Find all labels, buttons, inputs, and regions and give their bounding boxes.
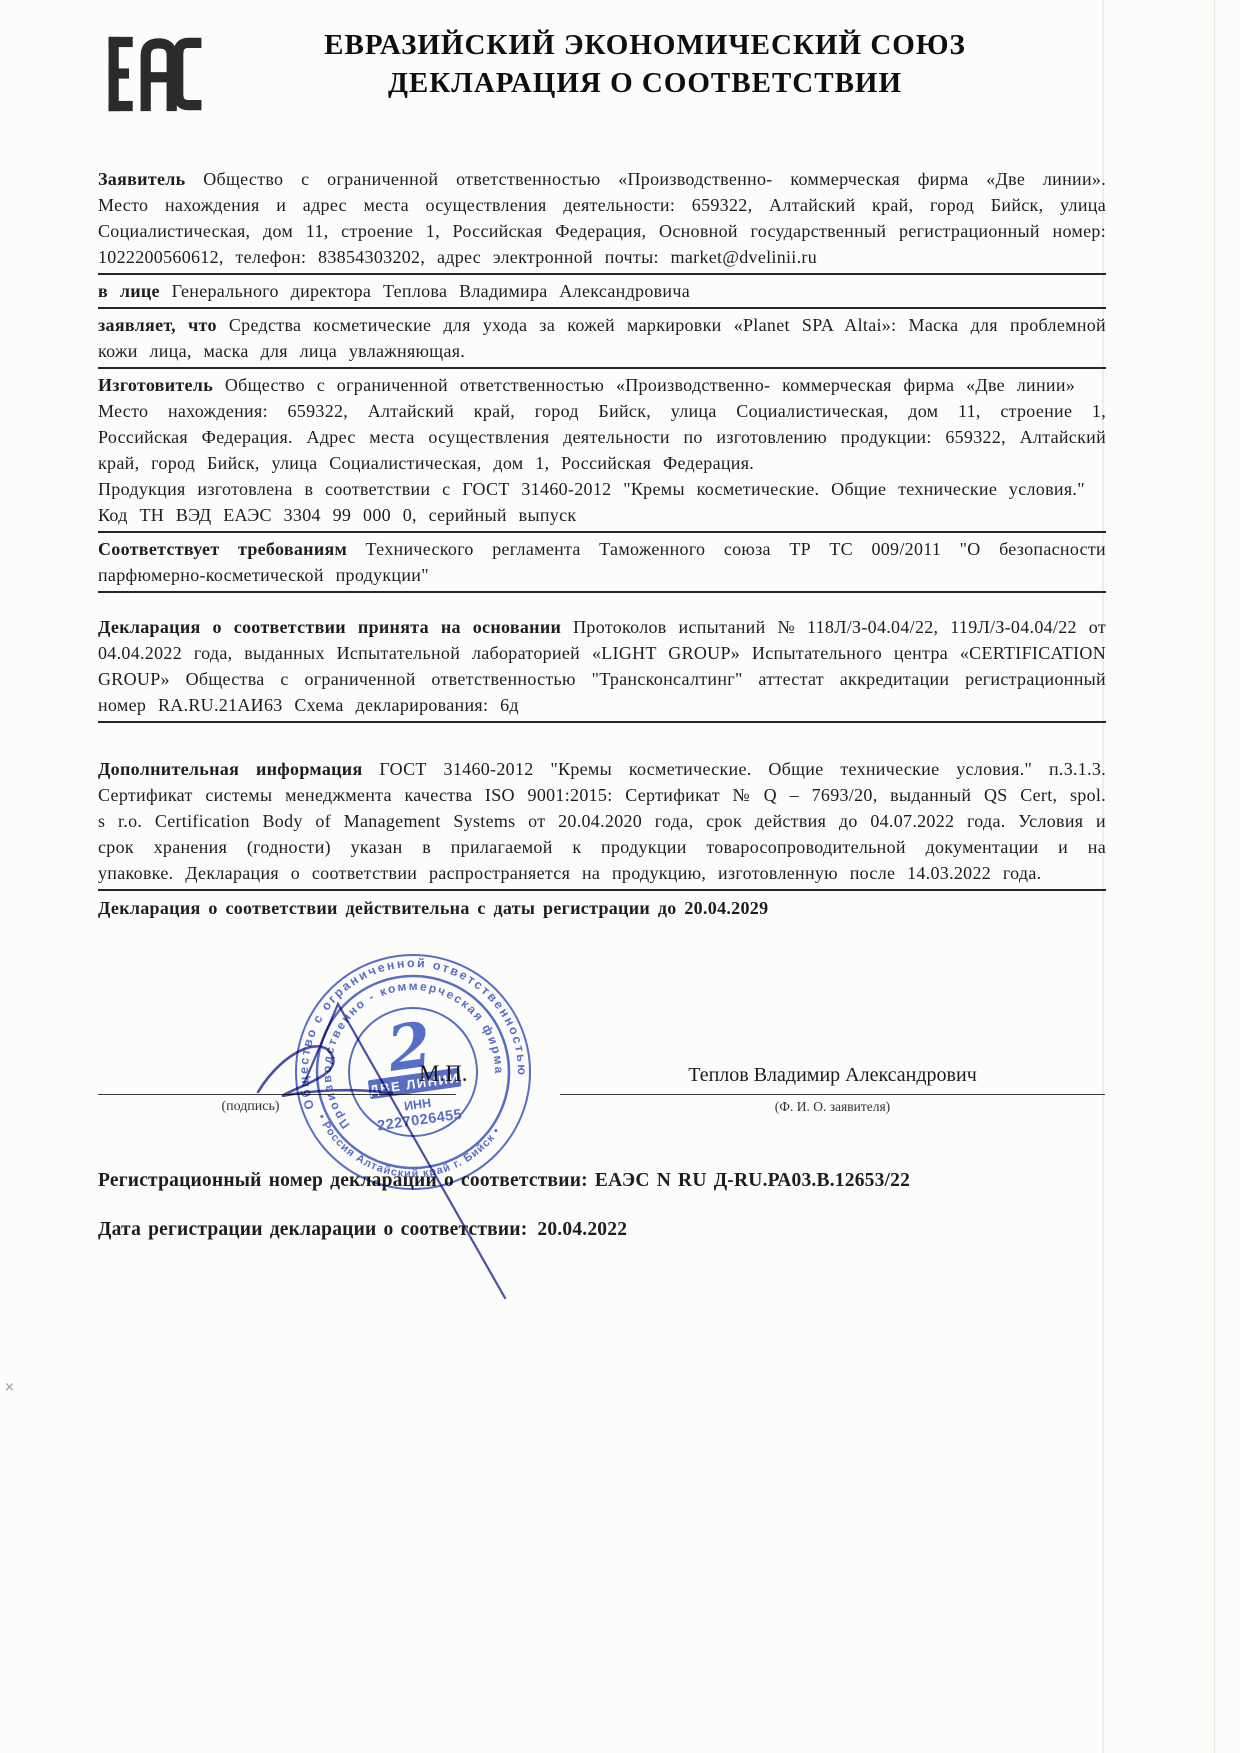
spacer	[98, 596, 1106, 614]
declares-text: Средства косметические для ухода за коже…	[98, 315, 1106, 361]
complies-paragraph: Соответствует требованиям Технического р…	[98, 536, 1106, 588]
applicant-fio: Теплов Владимир Александрович	[560, 1064, 1105, 1087]
registration-number-value: ЕАЭС N RU Д-RU.РА03.В.12653/22	[595, 1170, 910, 1191]
manufacturer-paragraph: Изготовитель Общество с ограниченной отв…	[98, 372, 1106, 398]
title-line-2: ДЕКЛАРАЦИЯ О СООТВЕТСТВИИ	[200, 64, 1090, 102]
declaration-document-page: ЕВРАЗИЙСКИЙ ЭКОНОМИЧЕСКИЙ СОЮЗ ДЕКЛАРАЦИ…	[0, 0, 1240, 1753]
manufacturer-text: Общество с ограниченной ответственностью…	[213, 375, 1075, 395]
declares-label: заявляет, что	[98, 315, 217, 335]
basis-paragraph: Декларация о соответствии принята на осн…	[98, 614, 1106, 718]
in-person-text: Генерального директора Теплова Владимира…	[160, 281, 690, 301]
scan-speck: ×	[4, 1380, 15, 1395]
divider	[98, 889, 1106, 891]
applicant-paragraph: Заявитель Общество с ограниченной ответс…	[98, 166, 1106, 270]
additional-info-label: Дополнительная информация	[98, 759, 363, 779]
scan-edge-line	[1214, 0, 1215, 1753]
handwritten-signature	[240, 940, 560, 1320]
divider	[98, 273, 1106, 275]
spacer	[98, 726, 1106, 756]
manufacturer-label: Изготовитель	[98, 375, 213, 395]
manufacturer-tnved: Код ТН ВЭД ЕАЭС 3304 99 000 0, серийный …	[98, 502, 1106, 528]
title-line-1: ЕВРАЗИЙСКИЙ ЭКОНОМИЧЕСКИЙ СОЮЗ	[200, 26, 1090, 64]
in-person-paragraph: в лице Генерального директора Теплова Вл…	[98, 278, 1106, 304]
eac-logo-icon	[103, 30, 207, 118]
eac-mark-drawing	[103, 30, 207, 118]
fio-line	[560, 1094, 1105, 1095]
applicant-label: Заявитель	[98, 169, 185, 189]
complies-label: Соответствует требованиям	[98, 539, 347, 559]
fio-caption: (Ф. И. О. заявителя)	[560, 1099, 1105, 1115]
basis-label: Декларация о соответствии принята на осн…	[98, 617, 561, 637]
applicant-text: Общество с ограниченной ответственностью…	[98, 169, 1106, 267]
validity-statement: Декларация о соответствии действительна …	[98, 895, 1106, 921]
additional-info-paragraph: Дополнительная информация ГОСТ 31460-201…	[98, 756, 1106, 886]
manufacturer-location: Место нахождения: 659322, Алтайский край…	[98, 398, 1106, 476]
declares-paragraph: заявляет, что Средства косметические для…	[98, 312, 1106, 364]
divider	[98, 591, 1106, 593]
in-person-label: в лице	[98, 281, 160, 301]
divider	[98, 307, 1106, 309]
document-body: Заявитель Общество с ограниченной ответс…	[98, 166, 1106, 921]
divider	[98, 531, 1106, 533]
divider	[98, 721, 1106, 723]
document-title: ЕВРАЗИЙСКИЙ ЭКОНОМИЧЕСКИЙ СОЮЗ ДЕКЛАРАЦИ…	[200, 26, 1090, 102]
manufacturer-gost: Продукция изготовлена в соответствии с Г…	[98, 476, 1106, 502]
divider	[98, 367, 1106, 369]
